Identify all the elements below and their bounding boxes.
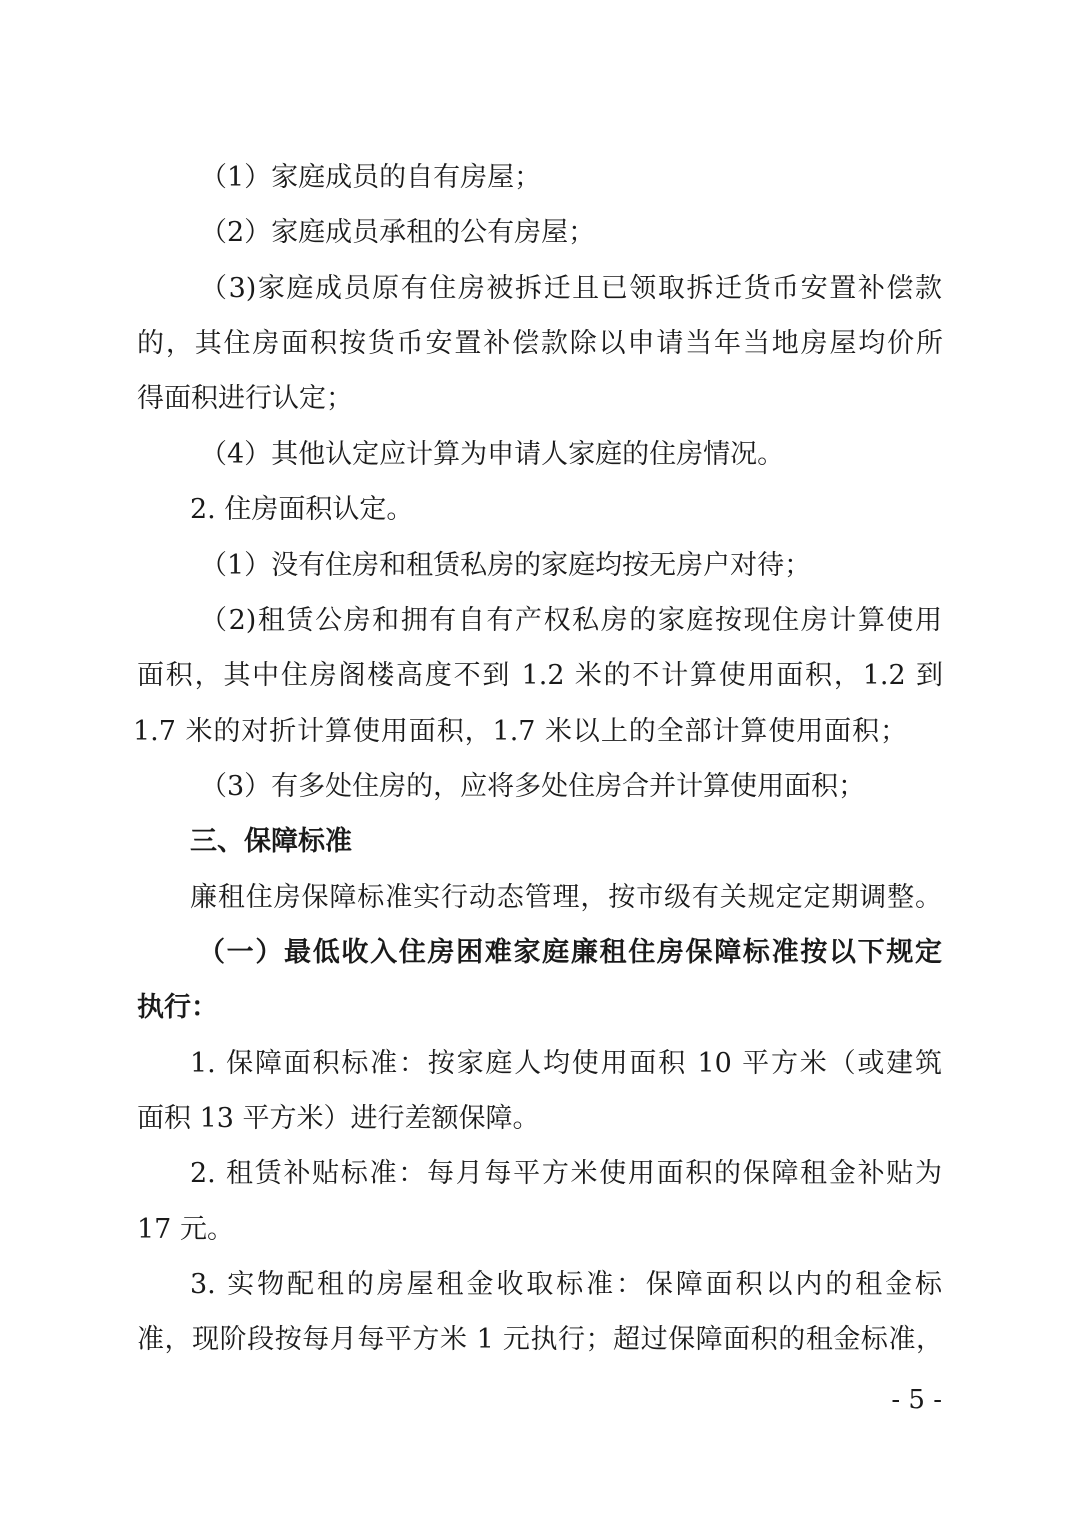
paragraph-line: （4）其他认定应计算为申请人家庭的住房情况。 xyxy=(200,435,900,475)
paragraph-line: 面积 13 平方米）进行差额保障。 xyxy=(137,1099,943,1139)
page-number: - 5 - xyxy=(860,1382,942,1418)
paragraph-line: （1）家庭成员的自有房屋； xyxy=(200,158,800,198)
paragraph-line: 3. 实物配租的房屋租金收取标准：保障面积以内的租金标 xyxy=(190,1265,942,1305)
paragraph-line: 准，现阶段按每月每平方米 1 元执行；超过保障面积的租金标准， xyxy=(137,1320,943,1360)
paragraph-line: 廉租住房保障标准实行动态管理，按市级有关规定定期调整。 xyxy=(190,878,942,918)
document-page: （1）家庭成员的自有房屋； （2）家庭成员承租的公有房屋； （3)家庭成员原有住… xyxy=(0,0,1074,1520)
paragraph-line: （2）家庭成员承租的公有房屋； xyxy=(200,213,800,253)
paragraph-line: （2)租赁公房和拥有自有产权私房的家庭按现住房计算使用 xyxy=(200,601,942,641)
section-heading: 三、保障标准 xyxy=(190,822,590,862)
paragraph-line: 得面积进行认定； xyxy=(137,379,943,419)
paragraph-line: （3）有多处住房的，应将多处住房合并计算使用面积； xyxy=(200,767,900,807)
paragraph-line: 面积，其中住房阁楼高度不到 1.2 米的不计算使用面积，1.2 到 xyxy=(137,656,943,696)
paragraph-line: 的，其住房面积按货币安置补偿款除以申请当年当地房屋均价所 xyxy=(137,324,943,364)
subsection-heading: 执行： xyxy=(137,988,943,1028)
paragraph-line: 1. 保障面积标准：按家庭人均使用面积 10 平方米（或建筑 xyxy=(190,1044,942,1084)
paragraph-line: 1.7 米的对折计算使用面积，1.7 米以上的全部计算使用面积； xyxy=(133,712,907,752)
paragraph-line: （3)家庭成员原有住房被拆迁且已领取拆迁货币安置补偿款 xyxy=(200,269,942,309)
paragraph-line: 2. 住房面积认定。 xyxy=(190,490,690,530)
paragraph-line: 17 元。 xyxy=(137,1210,943,1250)
paragraph-line: （1）没有住房和租赁私房的家庭均按无房户对待； xyxy=(200,546,900,586)
paragraph-line: 2. 租赁补贴标准：每月每平方米使用面积的保障租金补贴为 xyxy=(190,1154,942,1194)
subsection-heading: （一）最低收入住房困难家庭廉租住房保障标准按以下规定 xyxy=(198,933,942,973)
